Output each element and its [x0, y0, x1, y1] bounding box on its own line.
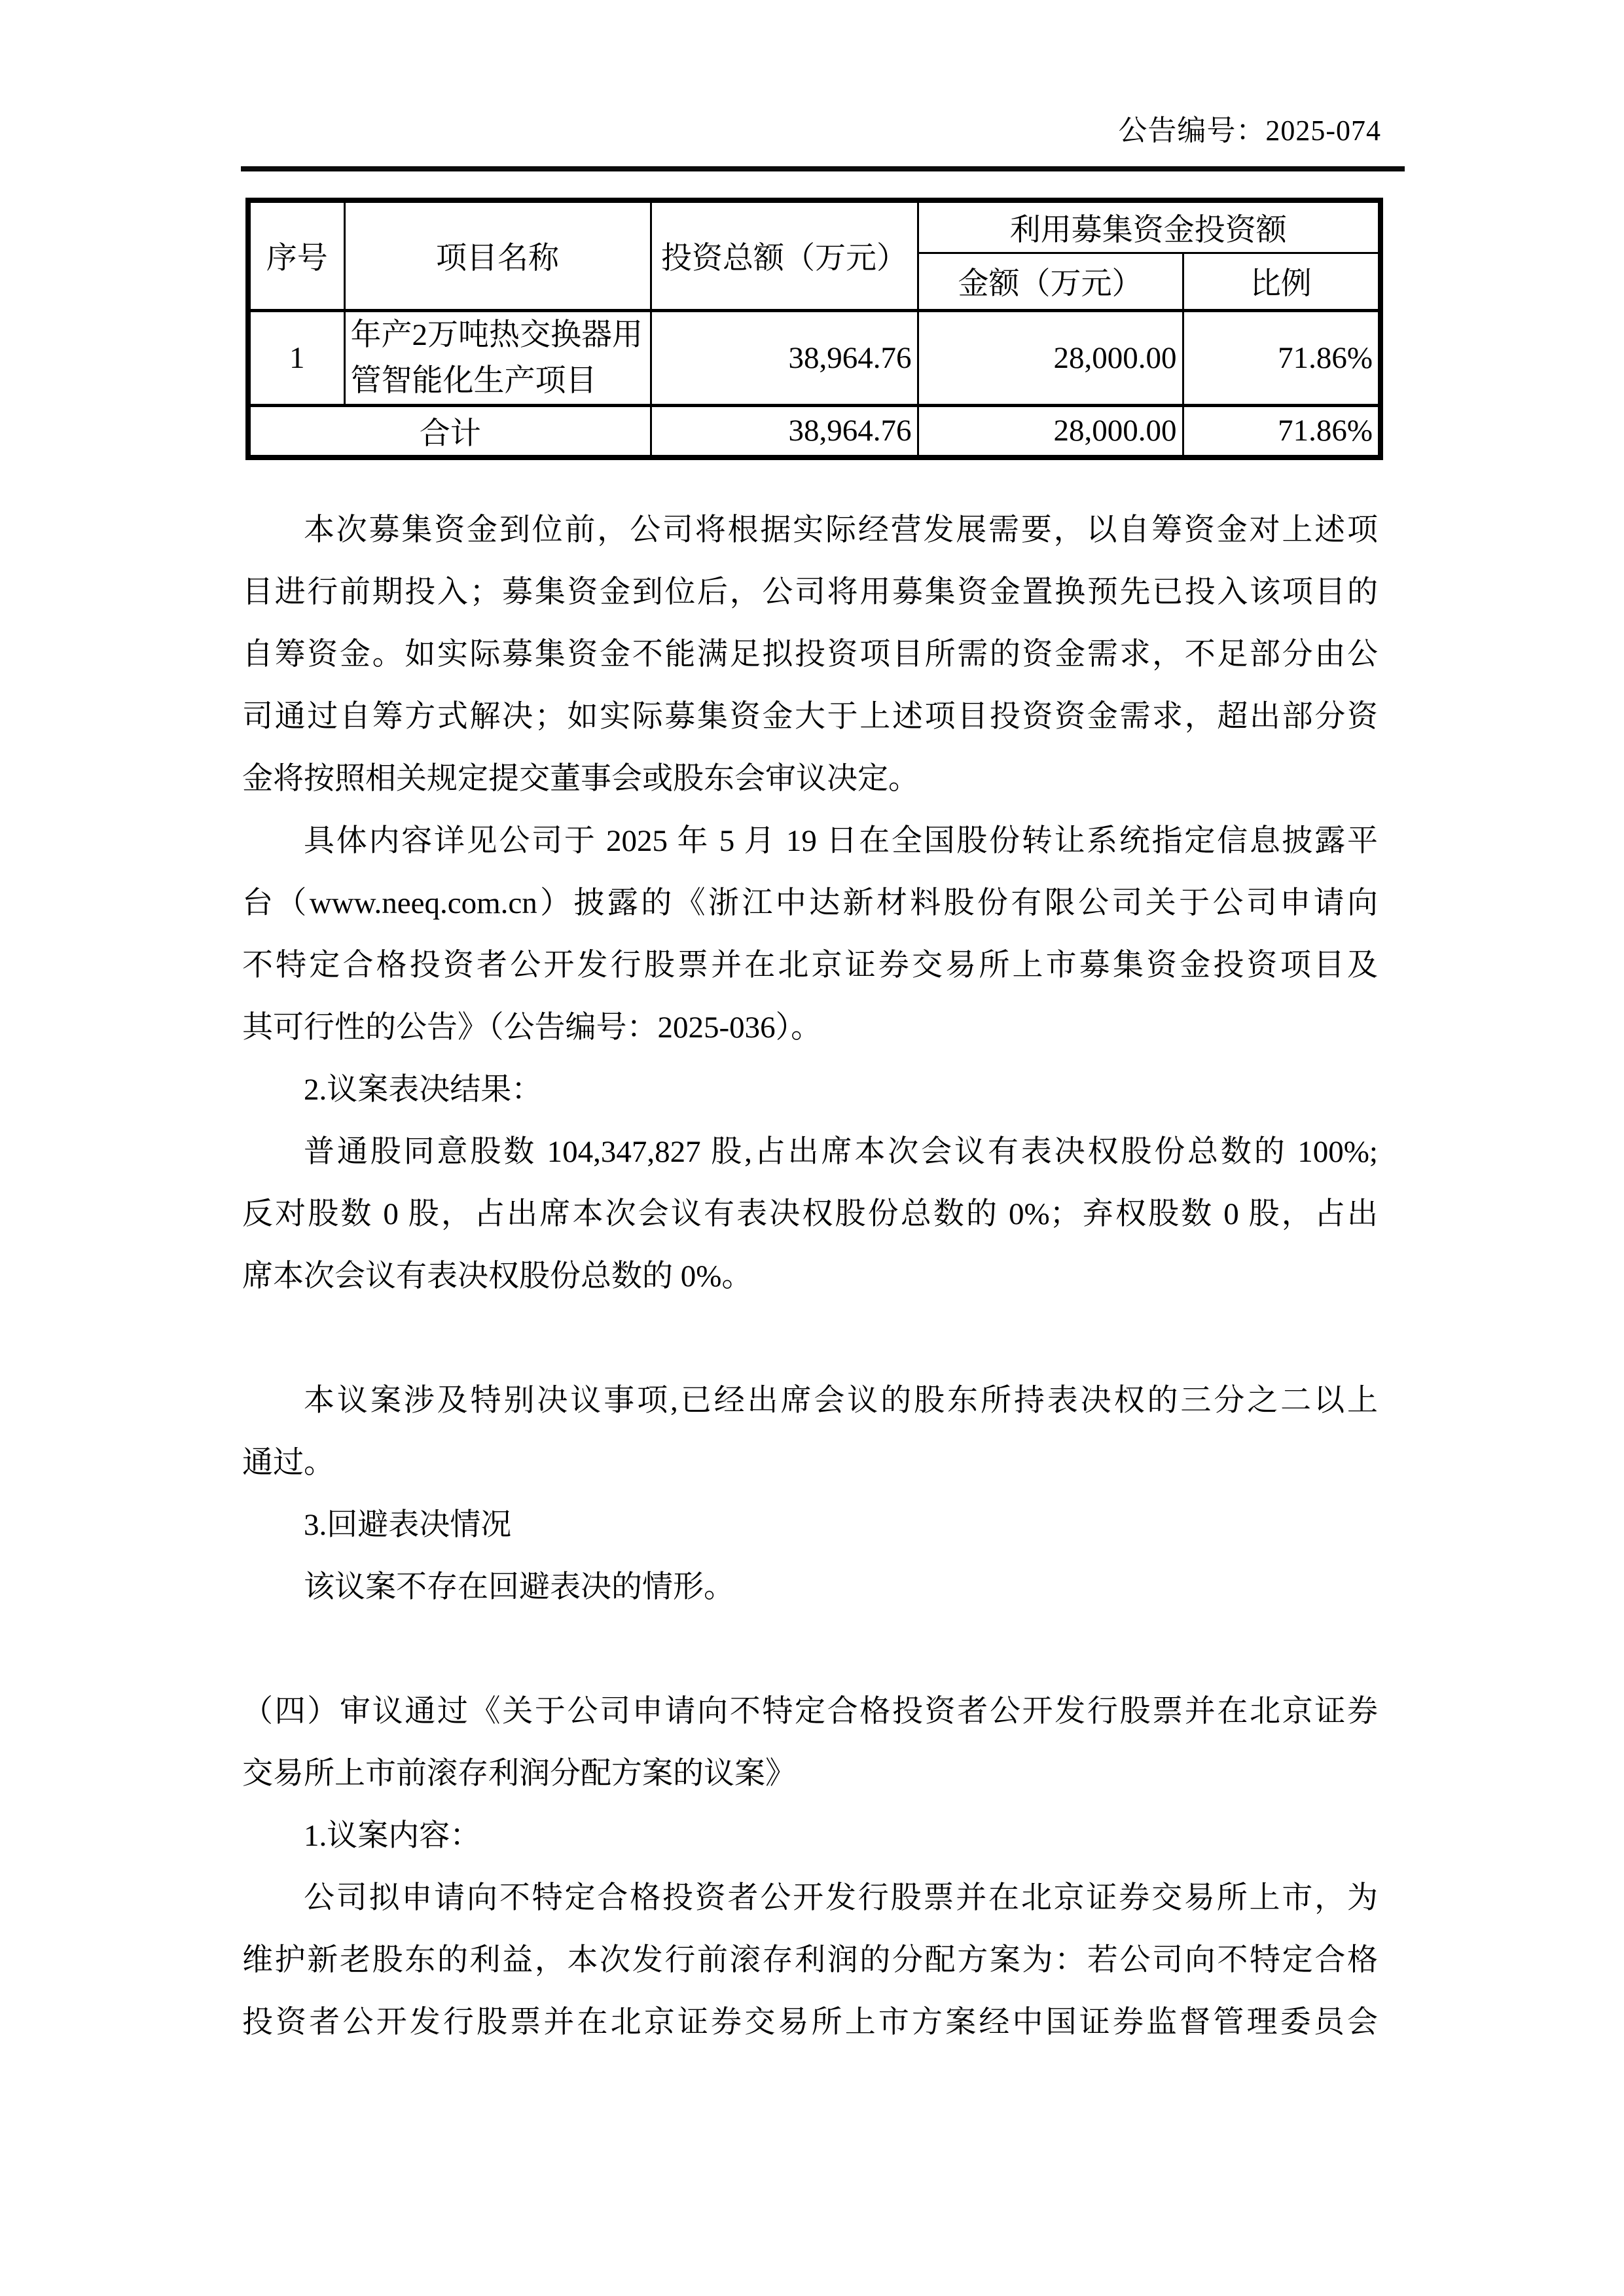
body-line: 1.议案内容： [242, 1805, 1378, 1867]
body-line: 投资者公开发行股票并在北京证券交易所上市方案经中国证券监督管理委员会 [242, 1992, 1378, 2054]
body-line: 金将按照相关规定提交董事会或股东会审议决定。 [242, 748, 1378, 810]
body-line: 普通股同意股数 104,347,827 股,占出席本次会议有表决权股份总数的 1… [242, 1121, 1378, 1183]
investment-table: 序号 项目名称 投资总额（万元） 利用募集资金投资额 金额（万元） 比例 1 年… [245, 198, 1383, 460]
body-line: 通过。 [242, 1432, 1378, 1494]
body-line: 维护新老股东的利益，本次发行前滚存利润的分配方案为：若公司向不特定合格 [242, 1929, 1378, 1992]
body-blank-line [242, 1619, 1378, 1681]
table-header-raised-group: 利用募集资金投资额 [918, 200, 1380, 253]
body-line: （四）审议通过《关于公司申请向不特定合格投资者公开发行股票并在北京证券 [242, 1681, 1378, 1743]
cell-ratio: 71.86% [1183, 310, 1380, 405]
doc-number: 公告编号：2025-074 [242, 111, 1381, 151]
body-blank-line [242, 1308, 1378, 1370]
table-header-amount: 金额（万元） [918, 253, 1183, 310]
table-header-total: 投资总额（万元） [651, 200, 918, 310]
cell-seq: 1 [248, 310, 344, 405]
cell-total: 38,964.76 [651, 310, 918, 405]
body-line: 司通过自筹方式解决；如实际募集资金大于上述项目投资资金需求，超出部分资 [242, 686, 1378, 748]
total-total: 38,964.76 [651, 405, 918, 457]
total-amount: 28,000.00 [918, 405, 1183, 457]
cell-project: 年产2万吨热交换器用 管智能化生产项目 [344, 310, 651, 405]
cell-project-line1: 年产2万吨热交换器用 [351, 312, 650, 358]
table-row: 1 年产2万吨热交换器用 管智能化生产项目 38,964.76 28,000.0… [248, 310, 1380, 405]
table-header-project: 项目名称 [344, 200, 651, 310]
body-line: 不特定合格投资者公开发行股票并在北京证券交易所上市募集资金投资项目及 [242, 935, 1378, 997]
body-line: 公司拟申请向不特定合格投资者公开发行股票并在北京证券交易所上市，为 [242, 1867, 1378, 1929]
body-line: 台（www.neeq.com.cn）披露的《浙江中达新材料股份有限公司关于公司申… [242, 872, 1378, 935]
body-line: 2.议案表决结果： [242, 1059, 1378, 1121]
body-line: 本次募集资金到位前，公司将根据实际经营发展需要，以自筹资金对上述项 [242, 499, 1378, 562]
body-line: 该议案不存在回避表决的情形。 [242, 1556, 1378, 1619]
table-header-seq: 序号 [248, 200, 344, 310]
body-text: 本次募集资金到位前，公司将根据实际经营发展需要，以自筹资金对上述项目进行前期投入… [242, 499, 1378, 2054]
body-line: 其可行性的公告》（公告编号：2025-036）。 [242, 997, 1378, 1059]
body-line: 自筹资金。如实际募集资金不能满足拟投资项目所需的资金需求，不足部分由公 [242, 624, 1378, 686]
table-header-ratio: 比例 [1183, 253, 1380, 310]
body-line: 席本次会议有表决权股份总数的 0%。 [242, 1246, 1378, 1308]
cell-amount: 28,000.00 [918, 310, 1183, 405]
header-rule [241, 166, 1405, 171]
body-line: 3.回避表决情况 [242, 1494, 1378, 1556]
document-page: 公告编号：2025-074 序号 项目名称 投资总额（万元） 利用募集资金投资额… [0, 0, 1624, 2296]
cell-project-line2: 管智能化生产项目 [351, 358, 650, 404]
body-line: 交易所上市前滚存利润分配方案的议案》 [242, 1743, 1378, 1805]
body-line: 本议案涉及特别决议事项,已经出席会议的股东所持表决权的三分之二以上 [242, 1370, 1378, 1432]
body-line: 具体内容详见公司于 2025 年 5 月 19 日在全国股份转让系统指定信息披露… [242, 810, 1378, 872]
body-line: 反对股数 0 股，占出席本次会议有表决权股份总数的 0%；弃权股数 0 股，占出 [242, 1183, 1378, 1246]
body-line: 目进行前期投入；募集资金到位后，公司将用募集资金置换预先已投入该项目的 [242, 562, 1378, 624]
table-total-row: 合计 38,964.76 28,000.00 71.86% [248, 405, 1380, 457]
table-header-row-1: 序号 项目名称 投资总额（万元） 利用募集资金投资额 [248, 200, 1380, 253]
total-ratio: 71.86% [1183, 405, 1380, 457]
total-label: 合计 [248, 405, 651, 457]
